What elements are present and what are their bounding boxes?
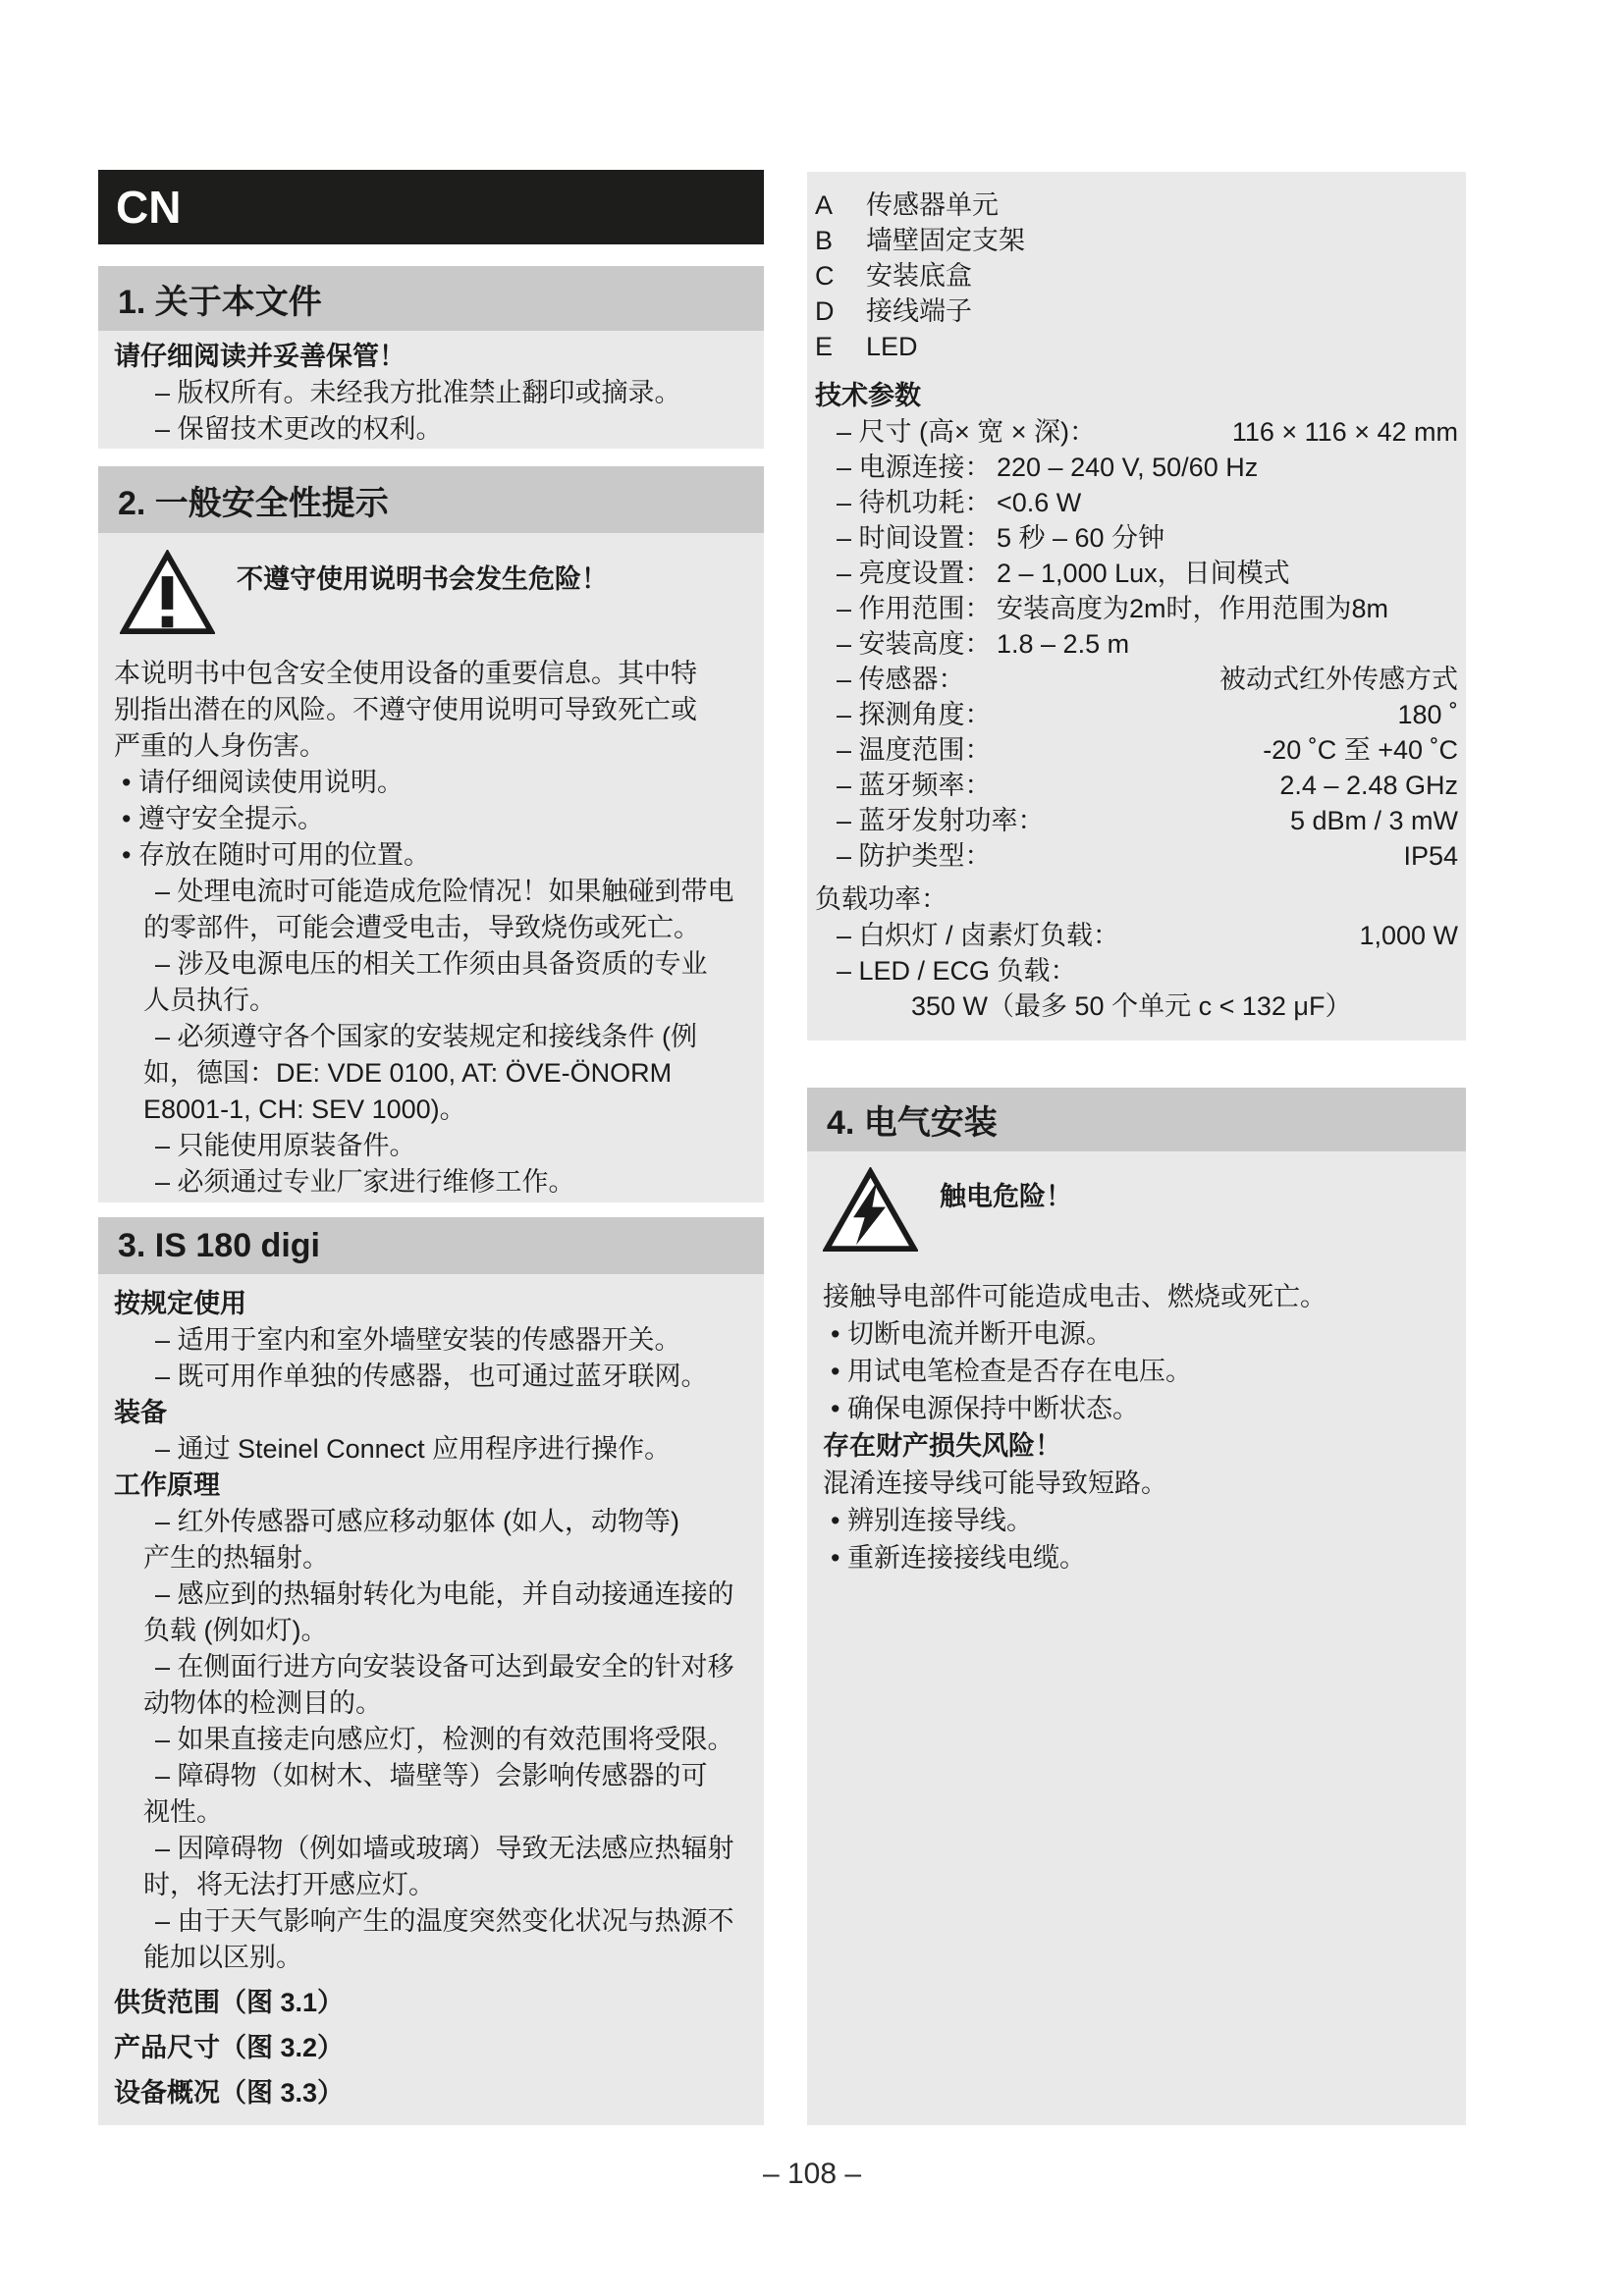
text-line: • 重新连接接线电缆。: [823, 1539, 1450, 1576]
left-column: CN 1. 关于本文件 请仔细阅读并妥善保管！– 版权所有。未经我方批准禁止翻印…: [98, 0, 764, 2296]
warning-title: 不遵守使用说明书会发生危险！: [237, 550, 608, 596]
section-2-header: 2. 一般安全性提示: [98, 466, 764, 533]
spec-row: – 尺寸 (高× 宽 × 深)： 116 × 116 × 42 mm: [815, 414, 1458, 450]
section-1-header: 1. 关于本文件: [98, 266, 764, 331]
text-line: – 在侧面行进方向安装设备可达到最安全的针对移: [114, 1649, 748, 1685]
exclamation-triangle-icon: [120, 550, 215, 635]
spec-row: – 亮度设置： 2 – 1,000 Lux，日间模式: [815, 556, 1458, 591]
spec-row: – 传感器： 被动式红外传感方式: [815, 662, 1458, 697]
component-letter: E: [815, 329, 866, 364]
spec-value: 2.4 – 2.48 GHz: [1279, 768, 1458, 803]
text-line: – 既可用作单独的传感器，也可通过蓝牙联网。: [114, 1359, 748, 1395]
spec-label: – 温度范围：: [837, 732, 992, 768]
text-line: – 感应到的热辐射转化为电能，并自动接通连接的: [114, 1576, 748, 1613]
text-line: 混淆连接导线可能导致短路。: [823, 1465, 1450, 1502]
spec-value: 220 – 240 V, 50/60 Hz: [997, 450, 1258, 485]
spec-label: – 防护类型：: [837, 838, 992, 874]
section-4-text: 接触导电部件可能造成电击、燃烧或死亡。• 切断电流并断开电源。• 用试电笔检查是…: [823, 1278, 1450, 1576]
spec-row: – 待机功耗： <0.6 W: [815, 485, 1458, 520]
text-line: 设备概况（图 3.3）: [114, 2075, 748, 2111]
spec-label: – 作用范围：: [837, 591, 997, 626]
text-line: 能加以区别。: [114, 1940, 748, 1976]
text-line: 如，德国：DE: VDE 0100, AT: ÖVE-ÖNORM: [114, 1055, 748, 1092]
text-line: • 切断电流并断开电源。: [823, 1315, 1450, 1353]
manual-page: CN 1. 关于本文件 请仔细阅读并妥善保管！– 版权所有。未经我方批准禁止翻印…: [0, 0, 1624, 2296]
spec-row: – 电源连接： 220 – 240 V, 50/60 Hz: [815, 450, 1458, 485]
spec-value: -20 ˚C 至 +40 ˚C: [1263, 732, 1458, 768]
section-3-body: 按规定使用– 适用于室内和室外墙壁安装的传感器开关。– 既可用作单独的传感器，也…: [98, 1274, 764, 2125]
tech-data-block: A 传感器单元 B 墙壁固定支架 C 安装底盒 D 接线端子 E LED 技术参…: [807, 172, 1466, 1041]
section-2-text: 本说明书中包含安全使用设备的重要信息。其中特别指出潜在的风险。不遵守使用说明可导…: [114, 656, 748, 1201]
spec-row: – 温度范围： -20 ˚C 至 +40 ˚C: [815, 732, 1458, 768]
text-line: 供货范围（图 3.1）: [114, 1985, 748, 2021]
spec-value: IP54: [1403, 838, 1458, 874]
text-line: – 必须遵守各个国家的安装规定和接线条件 (例: [114, 1019, 748, 1055]
text-line: 负载 (例如灯)。: [114, 1613, 748, 1649]
spec-value: 116 × 116 × 42 mm: [1232, 414, 1458, 450]
spec-label: – 蓝牙发射功率：: [837, 803, 1045, 838]
warning-title: 触电危险！: [940, 1167, 1072, 1213]
load-specs-list: – 白炽灯 / 卤素灯负载： 1,000 W – LED / ECG 负载： 3…: [815, 918, 1458, 1024]
text-line: • 用试电笔检查是否存在电压。: [823, 1353, 1450, 1390]
section-2-body: 不遵守使用说明书会发生危险！ 本说明书中包含安全使用设备的重要信息。其中特别指出…: [98, 533, 764, 1202]
text-line: 产品尺寸（图 3.2）: [114, 2030, 748, 2066]
spec-label: – 电源连接：: [837, 450, 997, 485]
component-list: A 传感器单元 B 墙壁固定支架 C 安装底盒 D 接线端子 E LED: [815, 187, 1458, 364]
load-power-heading: 负载功率：: [815, 881, 1458, 918]
text-line: – 必须通过专业厂家进行维修工作。: [114, 1164, 748, 1201]
spec-label: – 蓝牙频率：: [837, 768, 992, 803]
text-line: 工作原理: [114, 1468, 748, 1504]
spec-row: – LED / ECG 负载：: [815, 953, 1458, 988]
text-line: 时，将无法打开感应灯。: [114, 1867, 748, 1903]
spec-label: – 探测角度：: [837, 697, 992, 732]
spec-row: – 探测角度： 180 ˚: [815, 697, 1458, 732]
text-line: – 通过 Steinel Connect 应用程序进行操作。: [114, 1431, 748, 1468]
spec-row: – 防护类型： IP54: [815, 838, 1458, 874]
text-line: 装备: [114, 1395, 748, 1431]
text-line: • 辨别连接导线。: [823, 1502, 1450, 1539]
spec-label: – 待机功耗：: [837, 485, 997, 520]
text-line: • 遵守安全提示。: [114, 801, 748, 837]
section-4-body: 触电危险！ 接触导电部件可能造成电击、燃烧或死亡。• 切断电流并断开电源。• 用…: [807, 1151, 1466, 2125]
text-line: – 如果直接走向感应灯，检测的有效范围将受限。: [114, 1722, 748, 1758]
warning-banner: 不遵守使用说明书会发生危险！: [120, 550, 748, 635]
spec-row: – 安装高度： 1.8 – 2.5 m: [815, 626, 1458, 662]
component-letter: B: [815, 223, 866, 258]
spec-label: – 安装高度：: [837, 626, 997, 662]
component-label: 传感器单元: [866, 187, 999, 223]
spec-label: – 传感器：: [837, 662, 965, 697]
spec-value: 1,000 W: [1359, 918, 1458, 953]
text-line: – 因障碍物（例如墙或玻璃）导致无法感应热辐射: [114, 1831, 748, 1867]
spec-row: – 作用范围： 安装高度为2m时，作用范围为8m: [815, 591, 1458, 626]
component-label: 接线端子: [866, 294, 972, 329]
spec-value: 被动式红外传感方式: [1219, 662, 1458, 697]
component-label: LED: [866, 329, 918, 364]
spec-value: 安装高度为2m时，作用范围为8m: [997, 591, 1388, 626]
section-1-body: 请仔细阅读并妥善保管！– 版权所有。未经我方批准禁止翻印或摘录。– 保留技术更改…: [98, 331, 764, 449]
text-line: 的零部件，可能会遭受电击，导致烧伤或死亡。: [114, 910, 748, 946]
spec-row: – 蓝牙频率： 2.4 – 2.48 GHz: [815, 768, 1458, 803]
text-line: 严重的人身伤害。: [114, 728, 748, 765]
spec-row: 350 W（最多 50 个单元 c < 132 μF）: [815, 988, 1458, 1024]
warning-banner: 触电危险！: [823, 1167, 1450, 1253]
spec-value: <0.6 W: [997, 485, 1081, 520]
text-line: 视性。: [114, 1794, 748, 1831]
text-line: 人员执行。: [114, 983, 748, 1019]
spec-value: 180 ˚: [1397, 697, 1458, 732]
text-line: – 保留技术更改的权利。: [114, 411, 748, 448]
text-line: – 适用于室内和室外墙壁安装的传感器开关。: [114, 1322, 748, 1359]
text-line: • 存放在随时可用的位置。: [114, 837, 748, 874]
text-line: – 版权所有。未经我方批准禁止翻印或摘录。: [114, 375, 748, 411]
text-line: – 只能使用原装备件。: [114, 1128, 748, 1164]
text-line: – 处理电流时可能造成危险情况！如果触碰到带电: [114, 874, 748, 910]
component-row: C 安装底盒: [815, 258, 1458, 294]
text-line: – 由于天气影响产生的温度突然变化状况与热源不: [114, 1903, 748, 1940]
section-4-header: 4. 电气安装: [807, 1088, 1466, 1151]
component-letter: D: [815, 294, 866, 329]
electric-shock-triangle-icon: [823, 1167, 918, 1253]
spec-label: – 时间设置：: [837, 520, 997, 556]
language-banner-label: CN: [116, 181, 181, 234]
spec-value: 2 – 1,000 Lux，日间模式: [997, 556, 1290, 591]
text-line: 接触导电部件可能造成电击、燃烧或死亡。: [823, 1278, 1450, 1315]
text-line: 请仔细阅读并妥善保管！: [114, 339, 748, 375]
text-line: 按规定使用: [114, 1286, 748, 1322]
right-column: A 传感器单元 B 墙壁固定支架 C 安装底盒 D 接线端子 E LED 技术参…: [807, 0, 1466, 2296]
component-row: D 接线端子: [815, 294, 1458, 329]
text-line: 产生的热辐射。: [114, 1540, 748, 1576]
text-line: – 红外传感器可感应移动躯体 (如人，动物等): [114, 1504, 748, 1540]
spec-value: 1.8 – 2.5 m: [997, 626, 1129, 662]
spec-label: – LED / ECG 负载：: [837, 953, 997, 988]
spec-label: – 白炽灯 / 卤素灯负载：: [837, 918, 1119, 953]
component-letter: C: [815, 258, 866, 294]
tech-specs-list: – 尺寸 (高× 宽 × 深)： 116 × 116 × 42 mm – 电源连…: [815, 414, 1458, 874]
spec-value: 5 秒 – 60 分钟: [997, 520, 1164, 556]
tech-specs-heading: 技术参数: [815, 378, 1458, 414]
text-line: 动物体的检测目的。: [114, 1685, 748, 1722]
spec-label: – 亮度设置：: [837, 556, 997, 591]
spec-value: 5 dBm / 3 mW: [1290, 803, 1458, 838]
spec-row: – 蓝牙发射功率： 5 dBm / 3 mW: [815, 803, 1458, 838]
spec-row: – 时间设置： 5 秒 – 60 分钟: [815, 520, 1458, 556]
spec-label: – 尺寸 (高× 宽 × 深)：: [837, 414, 1096, 450]
spec-label: 350 W（最多 50 个单元 c < 132 μF）: [911, 988, 1351, 1024]
text-line: • 确保电源保持中断状态。: [823, 1390, 1450, 1427]
language-banner: CN: [98, 170, 764, 244]
text-line: • 请仔细阅读使用说明。: [114, 765, 748, 801]
component-label: 墙壁固定支架: [866, 223, 1025, 258]
component-row: B 墙壁固定支架: [815, 223, 1458, 258]
text-line: – 障碍物（如树木、墙壁等）会影响传感器的可: [114, 1758, 748, 1794]
text-line: 别指出潜在的风险。不遵守使用说明可导致死亡或: [114, 692, 748, 728]
text-line: 本说明书中包含安全使用设备的重要信息。其中特: [114, 656, 748, 692]
section-3-header: 3. IS 180 digi: [98, 1217, 764, 1274]
component-letter: A: [815, 187, 866, 223]
text-line: 存在财产损失风险！: [823, 1427, 1450, 1465]
component-row: E LED: [815, 329, 1458, 364]
spec-row: – 白炽灯 / 卤素灯负载： 1,000 W: [815, 918, 1458, 953]
text-line: – 涉及电源电压的相关工作须由具备资质的专业: [114, 946, 748, 983]
component-label: 安装底盒: [866, 258, 972, 294]
page-number: – 108 –: [0, 2158, 1624, 2191]
component-row: A 传感器单元: [815, 187, 1458, 223]
text-line: E8001-1, CH: SEV 1000)。: [114, 1092, 748, 1128]
